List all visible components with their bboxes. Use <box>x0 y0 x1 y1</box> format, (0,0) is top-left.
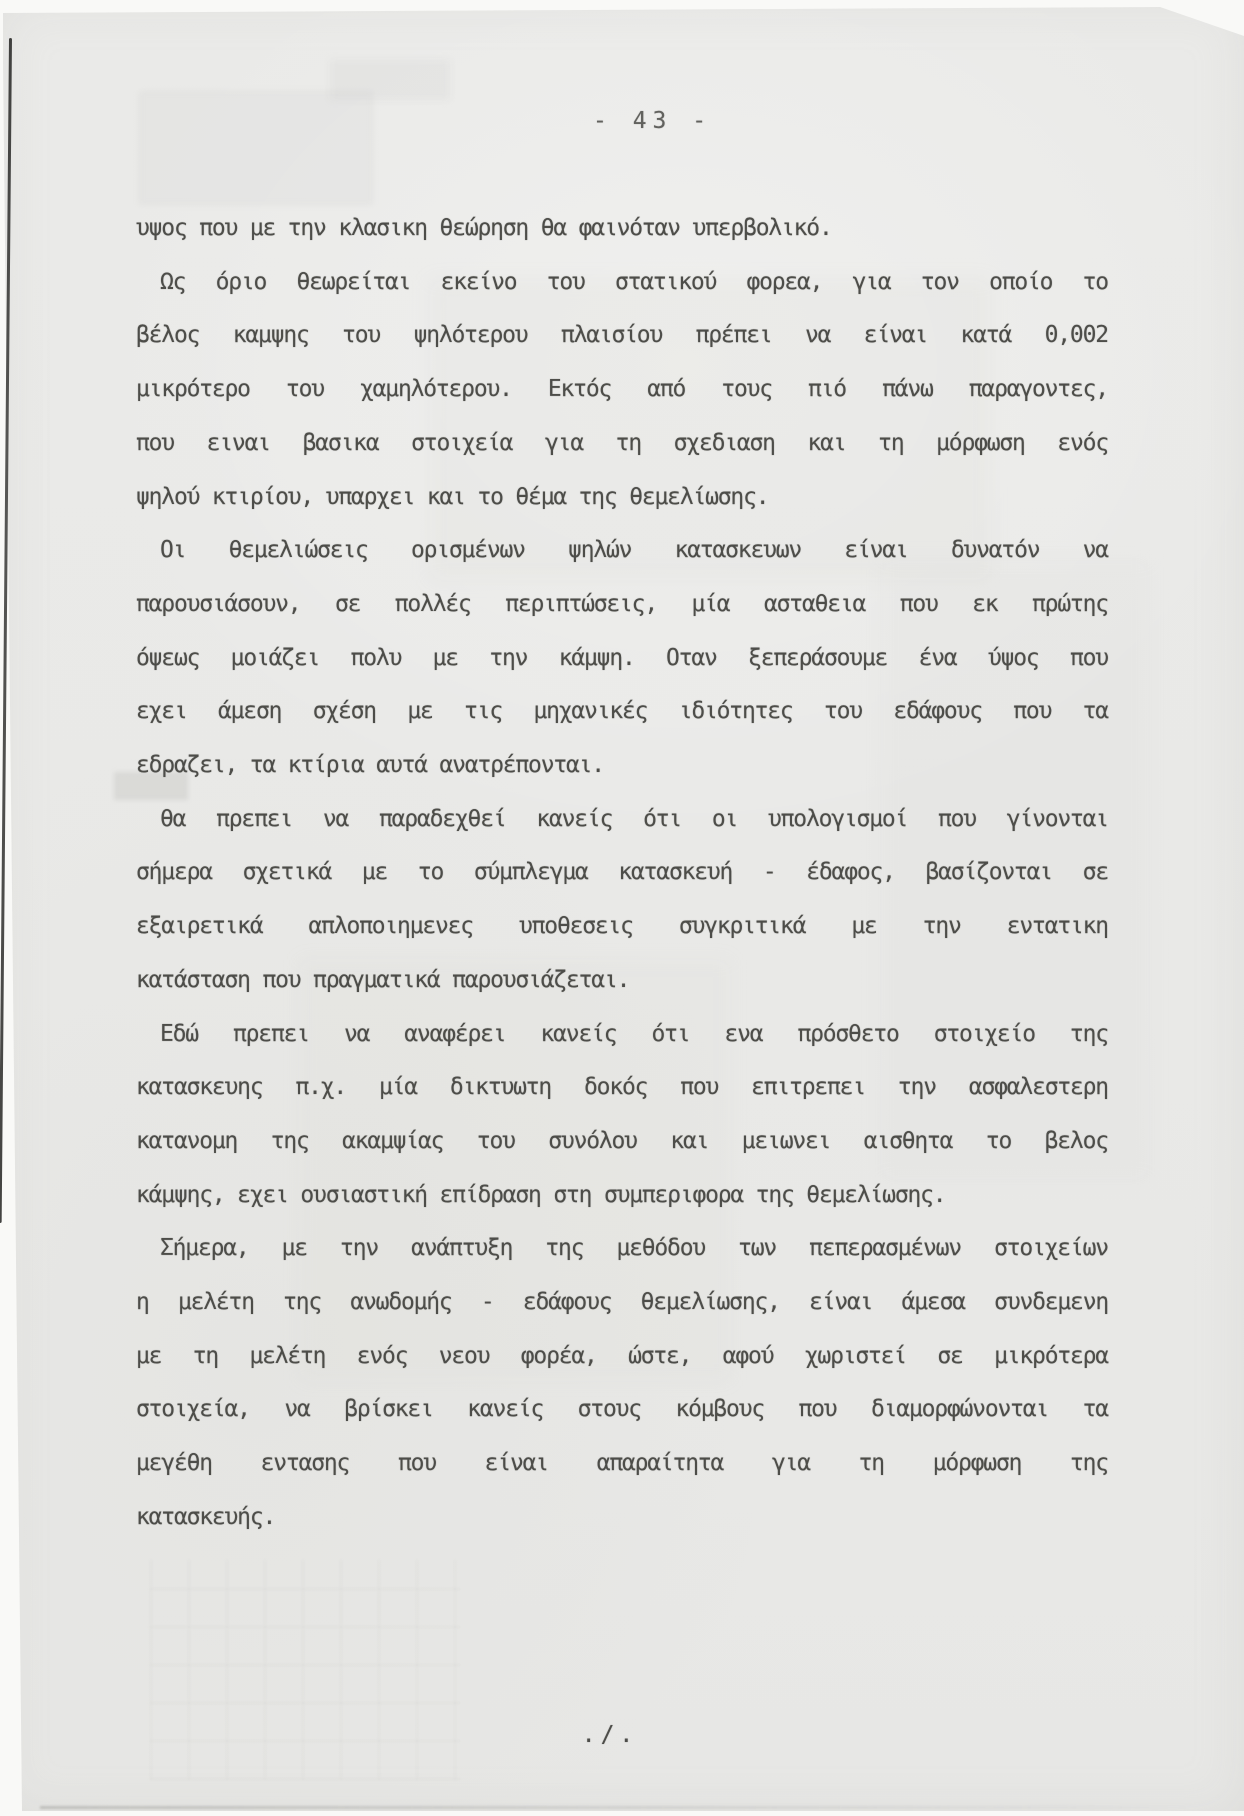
word: απλοποιημενες <box>309 913 473 939</box>
word: που <box>1070 645 1108 671</box>
text-line-17: κατασκευηςπ.χ.μίαδικτυωτηδοκόςπουεπιτρεπ… <box>136 1074 1108 1100</box>
word: μικρότερα <box>994 1343 1108 1369</box>
word: στοιχείο <box>934 1021 1035 1047</box>
word: σήμερα <box>136 859 212 885</box>
word: σε <box>937 1343 962 1369</box>
word: στοιχείων <box>994 1235 1108 1261</box>
word: της <box>545 1235 583 1261</box>
word: εκ <box>972 591 997 617</box>
word: υποθεσεις <box>519 913 633 939</box>
word: εχει <box>136 698 187 724</box>
word: κατασκευων <box>675 537 801 563</box>
text-line-10: εχειάμεσησχέσημετιςμηχανικέςιδιότητεςτου… <box>136 698 1108 724</box>
text-line-18: κατανομητηςακαμψίαςτουσυνόλουκαιμειωνεια… <box>136 1128 1108 1154</box>
word: με <box>433 645 458 671</box>
word: δυνατόν <box>951 537 1040 563</box>
word: από <box>647 376 685 402</box>
word: ανωδομής <box>350 1289 451 1315</box>
word: πρέπει <box>696 322 772 348</box>
word: κόμβους <box>675 1396 764 1422</box>
word: αναφέρει <box>404 1021 505 1047</box>
word: ασταθεια <box>764 591 865 617</box>
word: άμεσα <box>902 1289 965 1315</box>
word: να <box>284 1396 309 1422</box>
word: δοκός <box>584 1074 647 1100</box>
word: την <box>340 1235 378 1261</box>
word: κανείς <box>541 1021 617 1047</box>
word: κανείς <box>467 1396 543 1422</box>
word: μικρότερο <box>136 376 250 402</box>
word: Εκτός <box>548 376 611 402</box>
scanned-document-page: - 43 - υψος που με την κλασικη θεώρηση θ… <box>0 0 1244 1816</box>
word: που <box>680 1074 718 1100</box>
text-line-15: κατάσταση που πραγματικά παρουσιάζεται. <box>136 967 1108 993</box>
word: - <box>763 859 776 885</box>
word: απαραίτητα <box>597 1450 723 1476</box>
body-text: υψος που με την κλασικη θεώρηση θα φαινό… <box>0 0 1244 1816</box>
word: παρουσιάσουν, <box>136 591 300 617</box>
word: του <box>824 698 862 724</box>
word: για <box>545 430 583 456</box>
text-line-7: Οιθεμελιώσειςορισμένωνψηλώνκατασκευωνείν… <box>136 537 1108 563</box>
word: ασφαλεστερη <box>969 1074 1108 1100</box>
word: φορεα, <box>746 269 822 295</box>
word: εδάφους <box>893 698 982 724</box>
word: όριο <box>216 269 267 295</box>
word: να <box>805 322 830 348</box>
word: να <box>323 806 348 832</box>
word: παραγοντες, <box>969 376 1108 402</box>
word: ύψος <box>988 645 1039 671</box>
word: είναι <box>844 537 907 563</box>
word: βασικα <box>303 430 379 456</box>
word: μελέτη <box>178 1289 254 1315</box>
word: ορισμένων <box>411 537 525 563</box>
word: θεμελίωσης, <box>641 1289 780 1315</box>
word: τη <box>616 430 641 456</box>
word: με <box>851 913 876 939</box>
word: συγκριτικά <box>679 913 805 939</box>
word: θεμελιώσεις <box>229 537 368 563</box>
text-line-25: κατασκευής. <box>136 1504 1108 1530</box>
word: της <box>1070 1450 1108 1476</box>
word: μειωνει <box>742 1128 831 1154</box>
word: σε <box>1083 859 1108 885</box>
word: που <box>1013 698 1051 724</box>
word: που <box>799 1396 837 1422</box>
word: μόρφωση <box>933 1450 1022 1476</box>
word: το <box>986 1128 1011 1154</box>
word: με <box>362 859 387 885</box>
word: υπολογισμοί <box>768 806 907 832</box>
word: τη <box>859 1450 884 1476</box>
word: πρεπει <box>233 1021 309 1047</box>
text-line-8: παρουσιάσουν,σεπολλέςπεριπτώσεις,μίααστα… <box>136 591 1108 617</box>
word: ιδιότητες <box>679 698 793 724</box>
word: κατασκευης <box>136 1074 262 1100</box>
word: τους <box>721 376 772 402</box>
word: κάμψη. <box>559 645 635 671</box>
text-line-19: κάμψης, εχει ουσιαστική επίδραση στη συμ… <box>136 1182 1108 1208</box>
word: δικτυωτη <box>450 1074 551 1100</box>
word: Ως <box>160 269 185 295</box>
word: ότι <box>643 806 681 832</box>
word: Εδώ <box>160 1021 198 1047</box>
word: βελος <box>1045 1128 1108 1154</box>
text-line-24: μεγέθηεντασηςπουείναιαπαραίτηταγιατημόρφ… <box>136 1450 1108 1476</box>
word: σχετικά <box>243 859 332 885</box>
word: εντατικη <box>1007 913 1108 939</box>
word: σχέση <box>313 698 376 724</box>
word: τη <box>193 1343 218 1369</box>
word: νεου <box>439 1343 490 1369</box>
word: ειναι <box>207 430 270 456</box>
word: περιπτώσεις, <box>505 591 657 617</box>
word: για <box>853 269 891 295</box>
word: σύμπλεγμα <box>474 859 588 885</box>
word: στοιχεία, <box>136 1396 250 1422</box>
word: θεωρείται <box>296 269 410 295</box>
word: του <box>547 269 585 295</box>
word: κατανομη <box>136 1128 237 1154</box>
word: πεπερασμένων <box>809 1235 961 1261</box>
word: συνόλου <box>548 1128 637 1154</box>
text-line-9: όψεωςμοιάζειπολυμετηνκάμψη.Οτανξεπεράσου… <box>136 645 1108 671</box>
word: Οι <box>160 537 185 563</box>
word: μελέτη <box>249 1343 325 1369</box>
word: πρόσθετο <box>797 1021 898 1047</box>
word: φορέα, <box>521 1343 597 1369</box>
word: τα <box>1083 698 1108 724</box>
word: ξεπεράσουμε <box>748 645 887 671</box>
word: αφού <box>723 1343 774 1369</box>
word: μηχανικές <box>533 698 647 724</box>
word: σε <box>335 591 360 617</box>
word: με <box>407 698 432 724</box>
word: που <box>900 591 938 617</box>
text-line-22: μετημελέτηενόςνεουφορέα,ώστε,αφούχωριστε… <box>136 1343 1108 1369</box>
word: μόρφωση <box>936 430 1025 456</box>
word: σχεδιαση <box>674 430 775 456</box>
word: είναι <box>809 1289 872 1315</box>
word: όψεως <box>136 645 199 671</box>
text-line-16: Εδώπρεπεινααναφέρεικανείςότιεναπρόσθετοσ… <box>136 1021 1108 1047</box>
word: εκείνο <box>441 269 517 295</box>
word: χωριστεί <box>805 1343 906 1369</box>
word: χαμηλότερου. <box>360 376 512 402</box>
word: του <box>342 322 380 348</box>
word: στατικού <box>615 269 716 295</box>
text-line-1: υψος που με την κλασικη θεώρηση θα φαινό… <box>136 215 1108 241</box>
word: έδαφος, <box>806 859 895 885</box>
word: ψηλότερου <box>414 322 528 348</box>
word: την <box>489 645 527 671</box>
word: θα <box>160 806 185 832</box>
text-line-12: θαπρεπειναπαραδεχθείκανείςότιοιυπολογισμ… <box>136 806 1108 832</box>
word: που <box>136 430 174 456</box>
word: μεθόδου <box>616 1235 705 1261</box>
word: που <box>398 1450 436 1476</box>
word: ενός <box>357 1343 408 1369</box>
word: ένα <box>919 645 957 671</box>
word: γίνονται <box>1007 806 1108 832</box>
word: ώστε, <box>628 1343 691 1369</box>
word: άμεση <box>218 698 281 724</box>
word: βέλος <box>136 322 199 348</box>
word: πλαισίου <box>561 322 662 348</box>
word: τις <box>464 698 502 724</box>
word: να <box>344 1021 369 1047</box>
word: πρεπει <box>216 806 292 832</box>
word: είναι <box>864 322 927 348</box>
word: κανείς <box>536 806 612 832</box>
word: ακαμψίας <box>342 1128 443 1154</box>
word: μεγέθη <box>136 1450 212 1476</box>
word: πάνω <box>882 376 933 402</box>
word: Οταν <box>666 645 717 671</box>
text-line-20: Σήμερα,μετηνανάπτυξητηςμεθόδουτωνπεπερασ… <box>136 1235 1108 1261</box>
text-line-11: εδραζει, τα κτίρια αυτά ανατρέπονται. <box>136 752 1108 778</box>
text-line-4: μικρότεροτουχαμηλότερου.Εκτόςαπότουςπιόπ… <box>136 376 1108 402</box>
word: 0,002 <box>1045 322 1108 348</box>
word: - <box>481 1289 494 1315</box>
word: με <box>136 1343 161 1369</box>
text-line-21: ημελέτητηςανωδομής-εδάφουςθεμελίωσης,είν… <box>136 1289 1108 1315</box>
text-line-23: στοιχεία,ναβρίσκεικανείςστουςκόμβουςπουδ… <box>136 1396 1108 1422</box>
word: μοιάζει <box>231 645 320 671</box>
text-line-13: σήμερασχετικάμετοσύμπλεγμακατασκευή-έδαφ… <box>136 859 1108 885</box>
text-line-2: Ωςόριοθεωρείταιεκείνοτουστατικούφορεα,γι… <box>136 269 1108 295</box>
word: και <box>670 1128 708 1154</box>
word: τα <box>1083 1396 1108 1422</box>
word: εδάφους <box>523 1289 612 1315</box>
word: οποίο <box>989 269 1052 295</box>
word: του <box>477 1128 515 1154</box>
word: το <box>1083 269 1108 295</box>
word: και <box>808 430 846 456</box>
word: διαμορφώνονται <box>871 1396 1048 1422</box>
word: μία <box>379 1074 417 1100</box>
word: π.χ. <box>295 1074 346 1100</box>
text-line-5: πουειναιβασικαστοιχείαγιατησχεδιασηκαιτη… <box>136 430 1108 456</box>
text-line-3: βέλοςκαμψηςτουψηλότερουπλαισίουπρέπειναε… <box>136 322 1108 348</box>
word: πολυ <box>351 645 402 671</box>
word: τη <box>878 430 903 456</box>
word: παραδεχθεί <box>379 806 505 832</box>
word: πολλές <box>395 591 471 617</box>
word: εντασης <box>261 1450 350 1476</box>
word: το <box>418 859 443 885</box>
word: συνδεμενη <box>994 1289 1108 1315</box>
word: αισθητα <box>864 1128 953 1154</box>
word: εξαιρετικά <box>136 913 262 939</box>
word: με <box>282 1235 307 1261</box>
word: καμψης <box>233 322 309 348</box>
text-line-6: ψηλού κτιρίου, υπαρχει και το θέμα της θ… <box>136 484 1108 510</box>
continuation-mark: ./. <box>560 1722 660 1748</box>
word: κατά <box>961 322 1012 348</box>
word: που <box>938 806 976 832</box>
word: της <box>271 1128 309 1154</box>
text-line-14: εξαιρετικάαπλοποιημενεςυποθεσειςσυγκριτι… <box>136 913 1108 939</box>
word: του <box>286 376 324 402</box>
word: την <box>923 913 961 939</box>
word: ενα <box>724 1021 762 1047</box>
word: είναι <box>485 1450 548 1476</box>
word: ανάπτυξη <box>411 1235 512 1261</box>
word: στοιχεία <box>411 430 512 456</box>
word: της <box>283 1289 321 1315</box>
word: της <box>1070 1021 1108 1047</box>
word: κατασκευή <box>618 859 732 885</box>
word: των <box>738 1235 776 1261</box>
word: ενός <box>1057 430 1108 456</box>
word: οι <box>712 806 737 832</box>
word: ψηλών <box>568 537 631 563</box>
word: ότι <box>651 1021 689 1047</box>
word: πρώτης <box>1032 591 1108 617</box>
word: στους <box>578 1396 641 1422</box>
word: τον <box>921 269 959 295</box>
word: την <box>898 1074 936 1100</box>
word: Σήμερα, <box>160 1235 249 1261</box>
word: επιτρεπει <box>751 1074 865 1100</box>
word: για <box>772 1450 810 1476</box>
word: μία <box>692 591 730 617</box>
word: να <box>1083 537 1108 563</box>
word: η <box>136 1289 149 1315</box>
word: βρίσκει <box>344 1396 433 1422</box>
word: πιό <box>808 376 846 402</box>
word: βασίζονται <box>925 859 1051 885</box>
